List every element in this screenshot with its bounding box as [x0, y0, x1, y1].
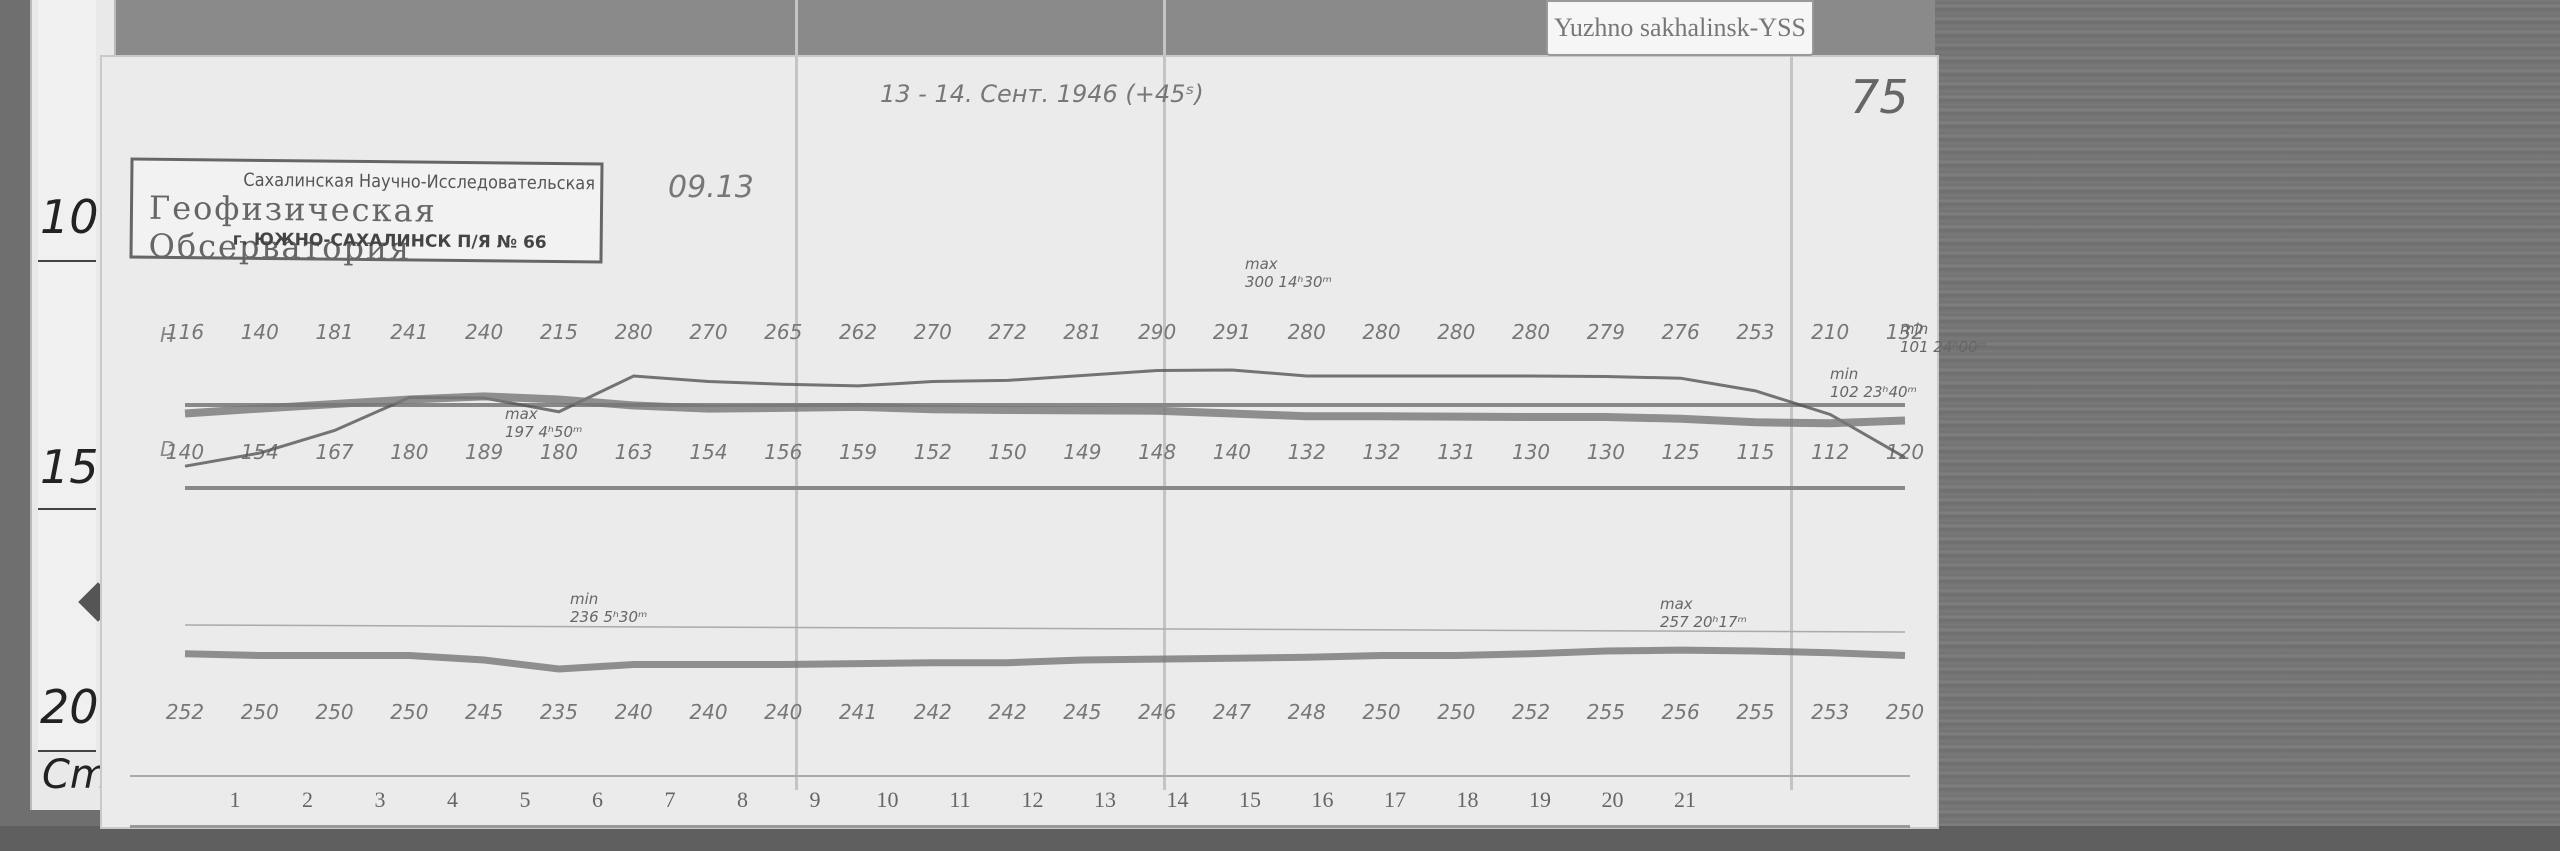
hour-label: 15 — [1239, 787, 1261, 813]
hour-label: 8 — [737, 787, 748, 813]
hour-label: 18 — [1457, 787, 1479, 813]
hour-label: 5 — [520, 787, 531, 813]
hour-label: 17 — [1384, 787, 1406, 813]
hour-label: 19 — [1529, 787, 1551, 813]
hour-label: 13 — [1094, 787, 1116, 813]
trace-plot — [0, 0, 2560, 851]
hour-label: 1 — [230, 787, 241, 813]
z-reference-line — [185, 625, 1905, 632]
hour-label: 11 — [949, 787, 970, 813]
hour-label: 6 — [592, 787, 603, 813]
hour-scale: 123456789101112131415161718192021 — [130, 775, 1910, 828]
hour-label: 2 — [302, 787, 313, 813]
hour-label: 9 — [810, 787, 821, 813]
trace-z — [185, 650, 1905, 669]
hour-label: 10 — [877, 787, 899, 813]
trace-d — [185, 396, 1905, 423]
hour-label: 20 — [1602, 787, 1624, 813]
hour-label: 4 — [447, 787, 458, 813]
hour-label: 14 — [1167, 787, 1189, 813]
hour-label: 16 — [1312, 787, 1334, 813]
hour-label: 3 — [375, 787, 386, 813]
hour-label: 21 — [1674, 787, 1696, 813]
hour-label: 12 — [1022, 787, 1044, 813]
hour-label: 7 — [665, 787, 676, 813]
